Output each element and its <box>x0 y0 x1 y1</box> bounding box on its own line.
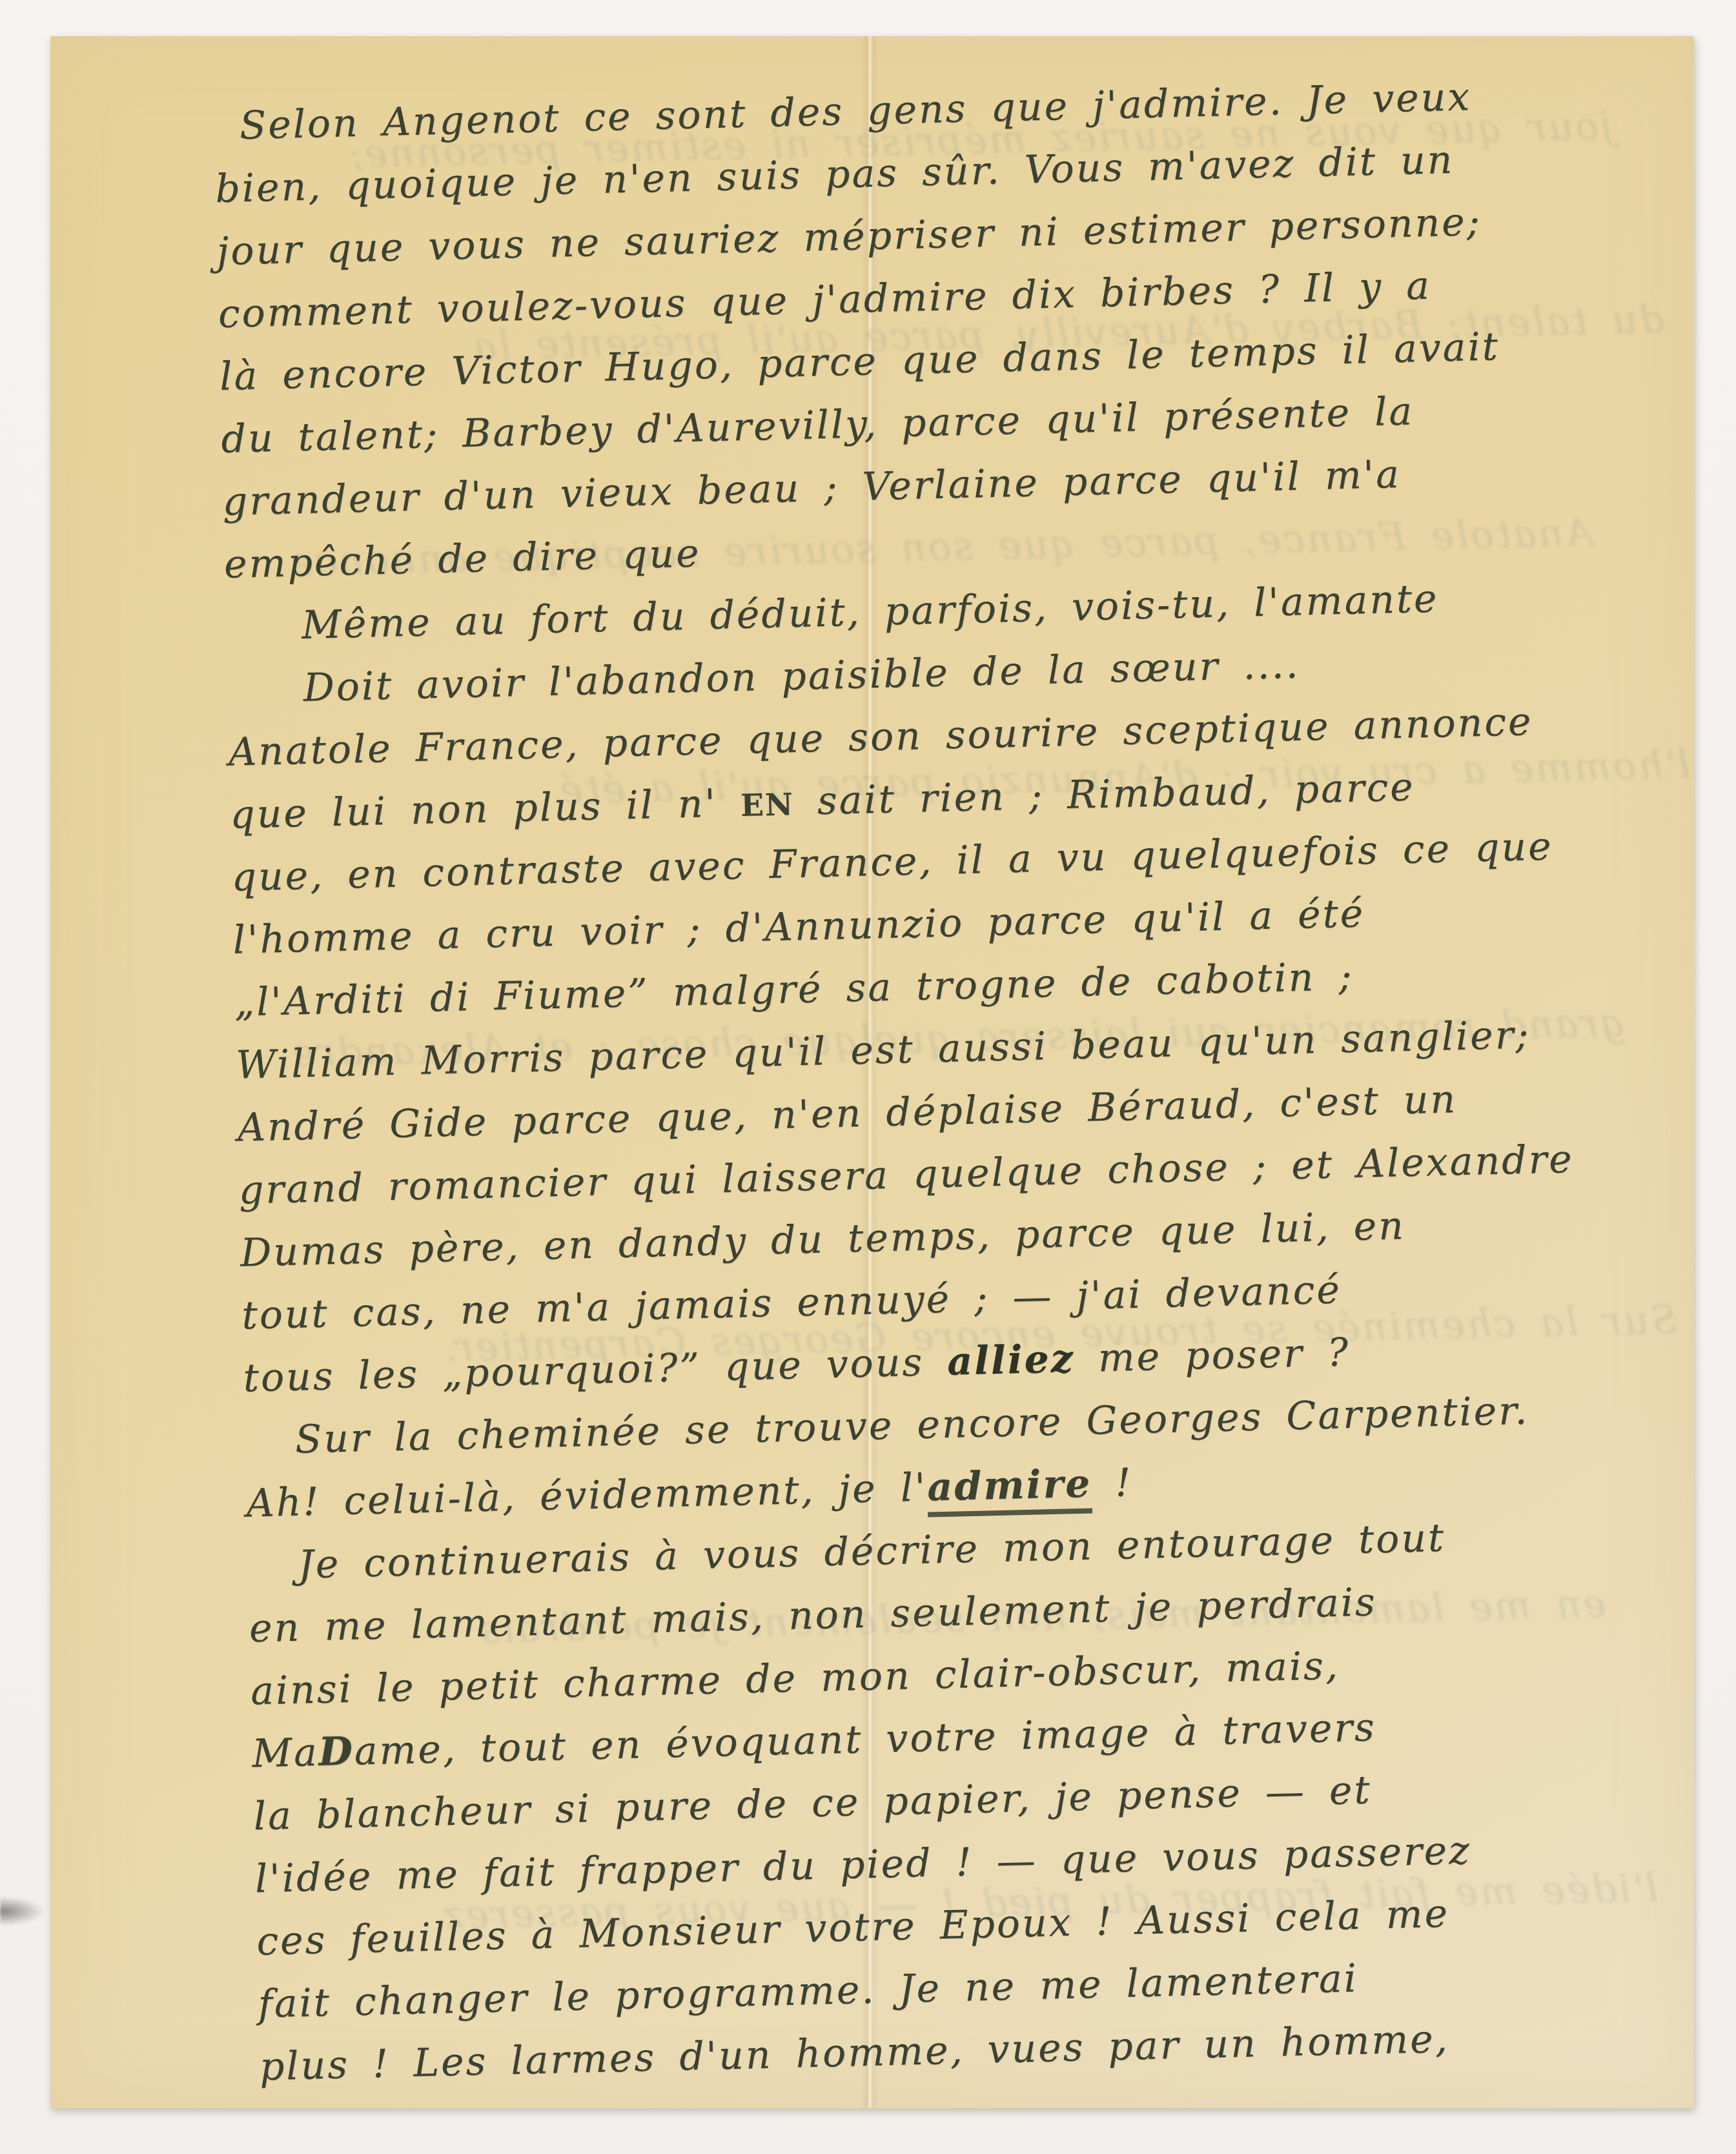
letter-line-segment: me poser ? <box>1074 1330 1351 1381</box>
letter-line-correction: D <box>318 1729 355 1775</box>
scan-edge-smudge <box>0 1896 45 1926</box>
letter-line-segment: ! <box>1091 1460 1133 1506</box>
letter-line-emphasis: EN <box>740 787 794 824</box>
letter-line-segment: sait rien ; Rimbaud, parce <box>793 764 1415 824</box>
letter-line-underlined-word: admire <box>927 1461 1093 1518</box>
letter-line-segment: Ah! celui-là, évidemment, je l' <box>246 1465 928 1527</box>
letter-line-emphasis: alliez <box>946 1336 1075 1385</box>
letter-text: Selon Angenot ce sont des gens que j'adm… <box>213 61 1713 2098</box>
letter-line-segment: tous les „pourquoi?” que vous <box>243 1339 948 1401</box>
letter-line-segment: Ma <box>252 1730 320 1776</box>
letter-page: jour que vous ne sauriez mépriser ni est… <box>50 36 1694 2108</box>
letter-line-segment: que lui non plus il n' <box>229 780 740 838</box>
